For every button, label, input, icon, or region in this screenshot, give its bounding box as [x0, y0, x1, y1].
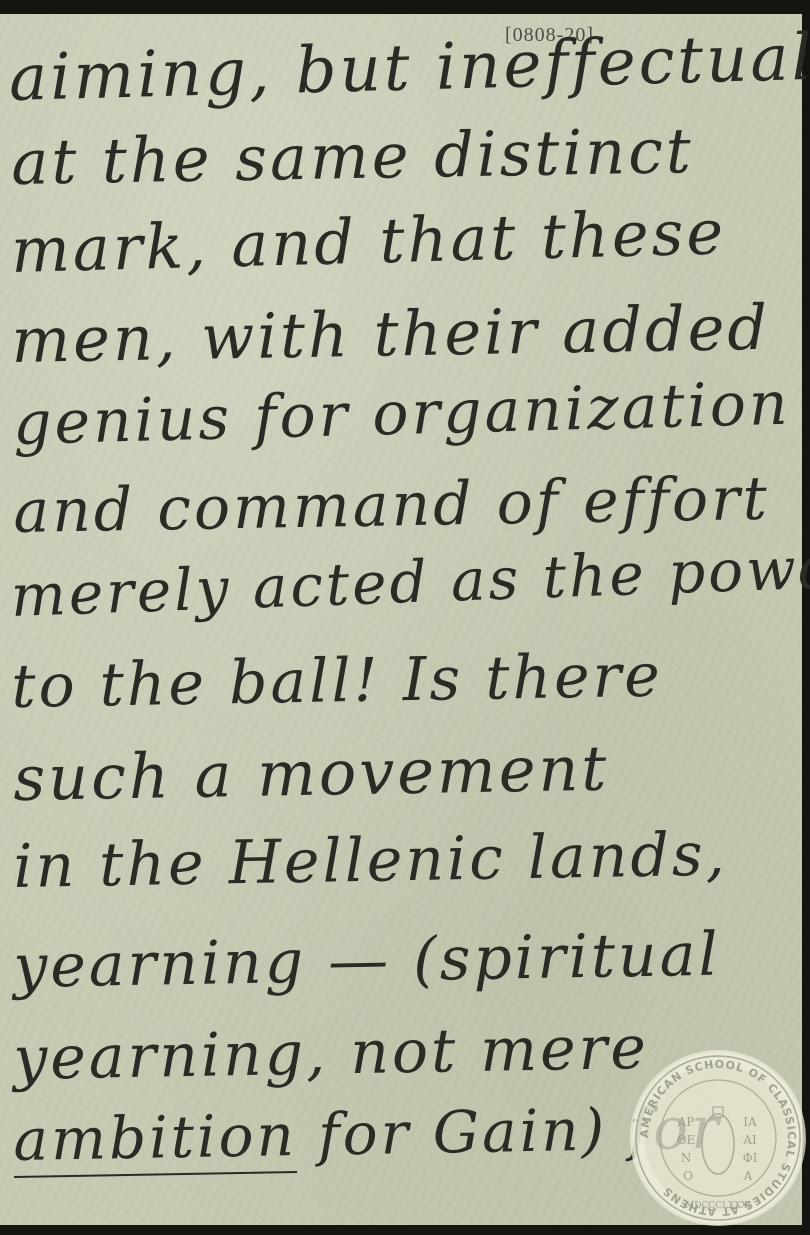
handwritten-line: and command of effort [13, 464, 771, 547]
handwritten-line: yearning — (spiritual [13, 920, 721, 1002]
seal-ring-text: AMERICAN SCHOOL OF CLASSICAL STUDIES AT … [638, 1058, 798, 1218]
svg-text:Ο: Ο [683, 1169, 693, 1183]
letter-page: [0808-20] aiming, but ineffectually at t… [0, 14, 802, 1225]
handwritten-line: merely acted as the powder [10, 531, 810, 630]
svg-text:Α: Α [743, 1169, 753, 1183]
svg-text:ΙΑ: ΙΑ [743, 1115, 757, 1129]
embossed-seal: AMERICAN SCHOOL OF CLASSICAL STUDIES AT … [632, 1052, 804, 1224]
svg-text:Ν: Ν [681, 1151, 692, 1165]
handwritten-line: men, with their added [11, 291, 771, 377]
seal-icon: AMERICAN SCHOOL OF CLASSICAL STUDIES AT … [632, 1052, 804, 1224]
svg-text:ΑΡ: ΑΡ [677, 1115, 695, 1129]
handwritten-line: genius for organization [12, 369, 791, 459]
svg-text:AMERICAN SCHOOL OF CLASSICAL S: AMERICAN SCHOOL OF CLASSICAL STUDIES AT … [638, 1058, 798, 1218]
handwritten-line: in the Hellenic lands, [13, 820, 728, 902]
handwritten-line: aiming, but ineffectually [8, 19, 810, 116]
seal-year-text: MDCCCLXXXI [685, 1201, 751, 1211]
handwritten-line: such a movement [13, 732, 610, 815]
handwritten-line: at the same distinct [11, 114, 695, 199]
handwritten-line: mark, and that these [10, 195, 727, 287]
svg-text:ΘΕ: ΘΕ [677, 1133, 696, 1147]
handwritten-line: to the ball! Is there [11, 641, 664, 722]
underlined-word: ambition [13, 1101, 298, 1178]
handwritten-line: yearning, not mere [13, 1013, 650, 1094]
svg-text:ΦΙ: ΦΙ [743, 1151, 758, 1165]
svg-text:ΑΙ: ΑΙ [742, 1133, 757, 1147]
handwritten-line-last: ambition for Gain) for [13, 1094, 722, 1174]
